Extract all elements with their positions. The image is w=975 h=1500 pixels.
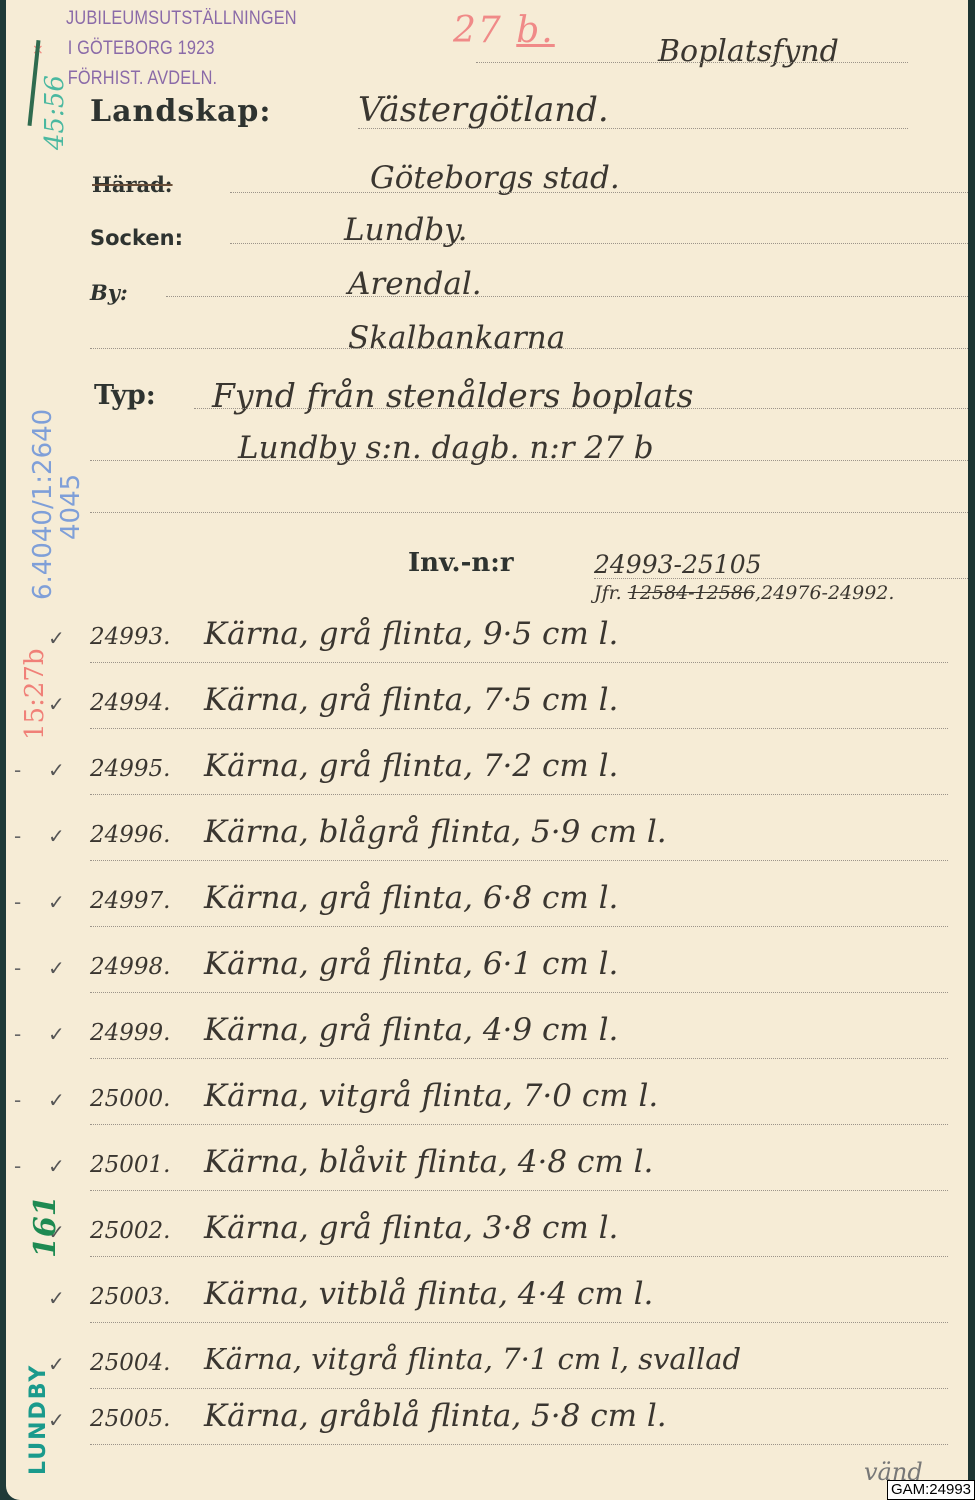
dotted-line: [90, 1256, 948, 1257]
red-number: 27: [453, 10, 503, 51]
list-item: - ✓ 24996. Kärna, blågrå flinta, 5·9 cm …: [6, 810, 968, 876]
check-mark-icon: ✓: [48, 692, 65, 716]
stamp-line-2: I GÖTEBORG 1923: [66, 34, 297, 64]
entry-number: 25000.: [90, 1086, 170, 1112]
entry-number: 25002.: [90, 1218, 170, 1244]
list-item: ✓ 25002. Kärna, grå flinta, 3·8 cm l.: [6, 1206, 968, 1272]
dotted-line: [90, 860, 948, 861]
dash-mark-icon: -: [14, 758, 21, 782]
entry-description: Kärna, blåvit flinta, 4·8 cm l.: [204, 1144, 653, 1180]
red-diary-number: 27 b.: [453, 10, 555, 51]
entry-description: Kärna, grå flinta, 4·9 cm l.: [204, 1012, 618, 1048]
dotted-line: [90, 512, 968, 513]
dotted-line: [90, 348, 968, 349]
entry-number: 24995.: [90, 756, 170, 782]
dotted-line: [90, 926, 948, 927]
dash-mark-icon: -: [14, 1022, 21, 1046]
list-item: - ✓ 24999. Kärna, grå flinta, 4·9 cm l.: [6, 1008, 968, 1074]
entry-description: Kärna, grå flinta, 6·8 cm l.: [204, 880, 618, 916]
margin-red-note: 15:27b: [20, 648, 50, 740]
check-mark-icon: ✓: [48, 890, 65, 914]
dotted-line: [90, 1124, 948, 1125]
dotted-line: [90, 794, 948, 795]
entry-description: Kärna, gråblå flinta, 5·8 cm l.: [204, 1398, 667, 1434]
related-prefix: Jfr.: [594, 582, 622, 604]
dotted-line: [90, 1322, 948, 1323]
dotted-line: [90, 1190, 948, 1191]
inventory-related: Jfr. 12584-12586,24976-24992.: [594, 582, 894, 604]
margin-blue-note-1: 6.4040/1:2640: [28, 409, 58, 600]
label-typ: Typ:: [94, 380, 156, 411]
label-socken: Socken:: [90, 226, 183, 250]
entry-description: Kärna, vitgrå flinta, 7·1 cm l, svallad: [204, 1342, 741, 1376]
list-item: - ✓ 24995. Kärna, grå flinta, 7·2 cm l.: [6, 744, 968, 810]
label-by: By:: [90, 280, 128, 305]
dotted-line: [358, 128, 908, 129]
check-mark-icon: ✓: [48, 1022, 65, 1046]
margin-teal-note: 45:56: [40, 75, 70, 150]
dotted-line: [594, 578, 968, 579]
entry-number: 24994.: [90, 690, 170, 716]
entry-number: 24996.: [90, 822, 170, 848]
related-struck-range: 12584-12586: [628, 582, 755, 604]
dotted-line: [194, 408, 968, 409]
check-mark-icon: ✓: [48, 1286, 65, 1310]
entry-description: Kärna, grå flinta, 6·1 cm l.: [204, 946, 618, 982]
entry-description: Kärna, grå flinta, 9·5 cm l.: [204, 616, 618, 652]
dash-mark-icon: -: [14, 890, 21, 914]
check-mark-icon: ✓: [48, 1154, 65, 1178]
list-item: - ✓ 25000. Kärna, vitgrå flinta, 7·0 cm …: [6, 1074, 968, 1140]
list-item: - ✓ 25001. Kärna, blåvit flinta, 4·8 cm …: [6, 1140, 968, 1206]
dotted-line: [90, 1058, 948, 1059]
list-item: ✓ 24994. Kärna, grå flinta, 7·5 cm l.: [6, 678, 968, 744]
entry-number: 25003.: [90, 1284, 170, 1310]
stamp-line-3: FÖRHIST. AVDELN.: [66, 64, 297, 94]
list-item: ✓ 24993. Kärna, grå flinta, 9·5 cm l.: [6, 612, 968, 678]
label-inventory-number: Inv.-n:r: [408, 548, 514, 578]
dotted-line: [90, 662, 948, 663]
entry-description: Kärna, vitblå flinta, 4·4 cm l.: [204, 1276, 653, 1312]
list-item: - ✓ 24997. Kärna, grå flinta, 6·8 cm l.: [6, 876, 968, 942]
dotted-line: [90, 1388, 948, 1389]
dash-mark-icon: -: [14, 1154, 21, 1178]
entry-description: Kärna, vitgrå flinta, 7·0 cm l.: [204, 1078, 658, 1114]
lundby-stamp: LUNDBY: [26, 1364, 51, 1475]
category-heading: Boplatsfynd: [658, 34, 839, 69]
value-by-extra: Skalbankarna: [348, 320, 565, 356]
label-harad: Härad:: [92, 172, 173, 197]
check-mark-icon: ✓: [48, 758, 65, 782]
entry-number: 24993.: [90, 624, 170, 650]
entry-number: 25005.: [90, 1406, 170, 1432]
value-landskap: Västergötland.: [358, 90, 609, 130]
entry-description: Kärna, grå flinta, 3·8 cm l.: [204, 1210, 618, 1246]
dash-mark-icon: -: [14, 956, 21, 980]
entry-number: 25001.: [90, 1152, 170, 1178]
dotted-line: [230, 243, 968, 244]
check-mark-icon: ✓: [48, 956, 65, 980]
list-item: ✓ 25003. Kärna, vitblå flinta, 4·4 cm l.: [6, 1272, 968, 1338]
dotted-line: [90, 992, 948, 993]
dotted-line: [90, 460, 968, 461]
list-item: - ✓ 24998. Kärna, grå flinta, 6·1 cm l.: [6, 942, 968, 1008]
dotted-line: [166, 296, 968, 297]
check-mark-icon: ✓: [48, 1088, 65, 1112]
entry-number: 24999.: [90, 1020, 170, 1046]
margin-green-number: 161: [28, 1195, 63, 1258]
entry-description: Kärna, blågrå flinta, 5·9 cm l.: [204, 814, 667, 850]
value-harad: Göteborgs stad.: [370, 160, 620, 196]
entry-number: 25004.: [90, 1350, 170, 1376]
stamp-line-1: JUBILEUMSUTSTÄLLNINGEN: [66, 4, 297, 34]
catalog-id-label: GAM:24993: [887, 1480, 975, 1500]
dotted-line: [476, 62, 908, 63]
entry-description: Kärna, grå flinta, 7·2 cm l.: [204, 748, 618, 784]
dash-mark-icon: -: [14, 1088, 21, 1112]
related-range: ,24976-24992.: [755, 582, 894, 604]
check-mark-icon: ✓: [48, 824, 65, 848]
inventory-range: 24993-25105: [594, 550, 762, 579]
dotted-line: [90, 1444, 948, 1445]
dash-mark-icon: -: [14, 824, 21, 848]
entry-number: 24998.: [90, 954, 170, 980]
catalog-card: JUBILEUMSUTSTÄLLNINGEN I GÖTEBORG 1923 F…: [6, 0, 968, 1500]
exhibition-stamp: JUBILEUMSUTSTÄLLNINGEN I GÖTEBORG 1923 F…: [66, 4, 297, 94]
card-edge: [968, 0, 975, 1500]
margin-blue-note-2: 4045: [56, 474, 86, 540]
value-typ-line1: Fynd från stenålders boplats: [212, 376, 693, 415]
dotted-line: [230, 192, 968, 193]
check-mark-icon: ✓: [48, 626, 65, 650]
label-landskap: Landskap:: [90, 94, 272, 129]
red-letter: b.: [516, 10, 555, 51]
entry-number: 24997.: [90, 888, 170, 914]
entry-description: Kärna, grå flinta, 7·5 cm l.: [204, 682, 618, 718]
list-item: ✓ 25005. Kärna, gråblå flinta, 5·8 cm l.: [6, 1394, 968, 1460]
dotted-line: [90, 728, 948, 729]
